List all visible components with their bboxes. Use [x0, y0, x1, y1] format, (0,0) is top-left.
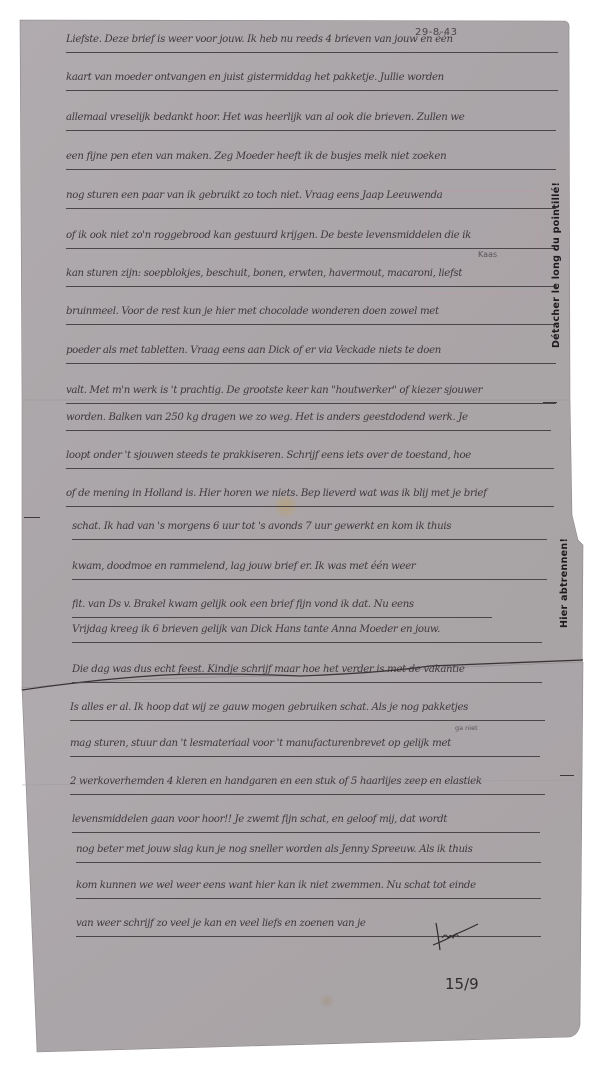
text-line: poeder als met tabletten. Vraag eens aan…: [66, 339, 556, 364]
text-line: nog sturen een paar van ik gebruikt zo t…: [66, 184, 556, 209]
text-line: of ik ook niet zo'n roggebrood kan gestu…: [66, 224, 556, 249]
text-line: loopt onder 't sjouwen steeds te prakkis…: [66, 444, 554, 469]
text-line: 2 werkoverhemden 4 kleren en handgaren e…: [70, 770, 545, 795]
text-line: Die dag was dus echt feest. Kindje schri…: [72, 658, 542, 683]
text-line: een fijne pen eten van maken. Zeg Moeder…: [66, 145, 556, 170]
text-line: levensmiddelen gaan voor hoor!! Je zwemt…: [72, 808, 540, 833]
text-line: kaart van moeder ontvangen en juist gist…: [66, 66, 558, 91]
text-line: nog beter met jouw slag kun je nog snell…: [76, 838, 541, 863]
insertion-note: Kaas: [478, 250, 497, 259]
text-line: fit. van Ds v. Brakel kwam gelijk ook ee…: [72, 593, 492, 618]
signature: [428, 920, 488, 960]
text-line: bruinmeel. Voor de rest kun je hier met …: [66, 300, 556, 325]
text-line: kom kunnen we wel weer eens want hier ka…: [76, 874, 541, 899]
letter-sheet: 29-8-43 Liefste. Deze brief is weer voor…: [0, 0, 600, 1067]
text-line: allemaal vreselijk bedankt hoor. Het was…: [66, 106, 556, 131]
margin-print-tear-here: Hier abtrennen!: [559, 538, 570, 628]
stain: [320, 995, 334, 1007]
cut-mark: [560, 775, 574, 776]
text-line: Is alles er al. Ik hoop dat wij ze gauw …: [70, 696, 545, 721]
text-line: worden. Balken van 250 kg dragen we zo w…: [66, 406, 551, 431]
text-line: schat. Ik had van 's morgens 6 uur tot '…: [72, 515, 547, 540]
text-line: valt. Met m'n werk is 't prachtig. De gr…: [66, 379, 556, 404]
text-line: Vrijdag kreeg ik 6 brieven gelijk van Di…: [72, 618, 542, 643]
cut-mark: [24, 517, 40, 518]
folio-number: 15/9: [445, 975, 479, 993]
text-line: Liefste. Deze brief is weer voor jouw. I…: [66, 28, 558, 53]
text-line: kan sturen zijn: soepblokjes, beschuit, …: [66, 262, 556, 287]
text-line: kwam, doodmoe en rammelend, lag jouw bri…: [72, 555, 547, 580]
insertion-note: ga niet: [455, 724, 478, 732]
text-line: of de mening in Holland is. Hier horen w…: [66, 482, 554, 507]
margin-print-detach: Détacher le long du pointillé!: [551, 182, 562, 348]
text-line: mag sturen, stuur dan 't lesmateriaal vo…: [70, 732, 540, 757]
